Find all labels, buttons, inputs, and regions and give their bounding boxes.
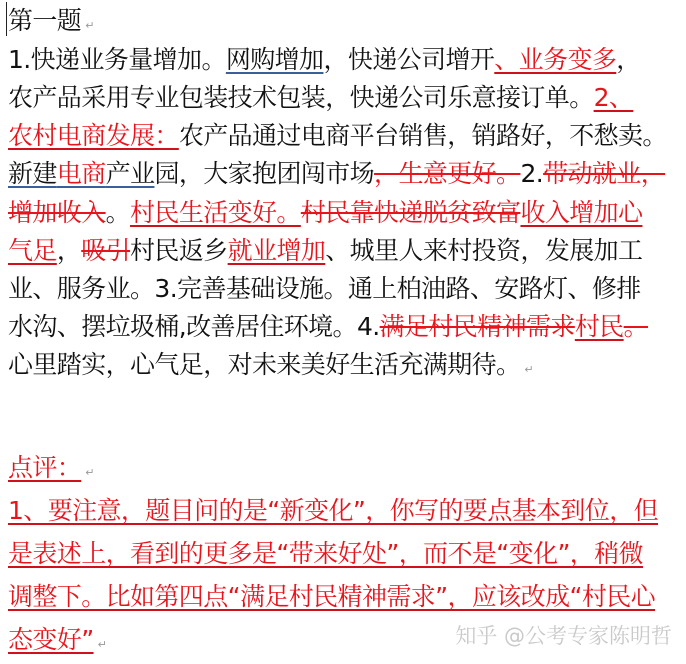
review-line: 态变好”↵ [8,625,106,660]
answer-segment: 吸引 [81,236,130,265]
question-title: 第一题↵ [8,6,94,41]
answer-line: 水沟、摆垃圾桶,改善居住环境。4.满足村民精神需求村民。 [8,312,648,342]
answer-line: 农产品采用专业包装技术包装，快递公司乐意接订单。2、 [8,83,633,113]
answer-segment: 新建 [8,159,57,188]
answer-segment: 村民靠快递脱贫致富 [301,198,521,227]
review-label: 点评：↵ [8,453,94,488]
paragraph-mark-icon: ↵ [524,363,533,376]
review-line-text: 1、要注意，题目问的是“新变化”，你写的要点基本到位，但 [8,496,658,525]
answer-line: 农村电商发展：农产品通过电商平台销售，销路好，不愁卖。 [8,121,667,151]
answer-segment: 村民生活变好。 [130,198,301,227]
answer-segment: 2、 [594,83,634,112]
answer-line: 增加收入。村民生活变好。村民靠快递脱贫致富收入增加心 [8,198,642,228]
answer-segment: ，生意更好。 [374,159,520,188]
title-text: 第一题 [8,6,81,35]
review-line: 是表述上，看到的更多是“带来好处”，而不是“变化”，稍微 [8,539,643,569]
answer-segment: 农产品采用专业包装技术包装，快递公司乐意接订单。 [8,83,594,112]
answer-segment: 气足 [8,236,57,265]
answer-segment: 水沟、摆垃圾桶,改善居住环境。4. [8,312,380,341]
answer-line: 气足，吸引村民返乡就业增加、城里人来村投资，发展加工 [8,236,642,266]
answer-segment: 就业增加 [228,236,326,265]
review-line: 调整下。比如第四点“满足村民精神需求”，应该改成“村民心 [8,582,655,612]
answer-segment: 。 [624,312,648,341]
answer-segment: 。 [106,198,130,227]
review-line-text: 是表述上，看到的更多是“带来好处”，而不是“变化”，稍微 [8,539,643,568]
answer-line: 新建电商产业园，大家抱团闯市场，生意更好。2.带动就业， [8,159,665,189]
review-line-text: 态变好” [8,625,94,654]
review-label-text: 点评： [8,453,81,482]
answer-segment: 带动就业， [543,159,665,188]
answer-segment: 业、服务业。3.完善基础设施。通上柏油路、安路灯、修排 [8,274,641,303]
watermark: 知乎 @公考专家陈明哲 [455,620,672,650]
answer-segment: ，快递公司增开 [323,45,494,74]
answer-line: 心里踏实，心气足，对未来美好生活充满期待。↵ [8,350,533,385]
answer-line: 业、服务业。3.完善基础设施。通上柏油路、安路灯、修排 [8,274,641,304]
review-line-text: 调整下。比如第四点“满足村民精神需求”，应该改成“村民心 [8,582,655,611]
answer-segment: 村民 [575,312,624,341]
answer-segment: 农村电商发展： [8,121,179,150]
answer-segment: 、城里人来村投资，发展加工 [325,236,642,265]
answer-segment: 电商 [57,159,106,188]
answer-segment: 满足村民精神需求 [380,312,575,341]
answer-segment: 2. [520,159,543,188]
answer-segment: 园，大家抱团闯市场 [154,159,374,188]
paragraph-mark-icon: ↵ [85,19,94,32]
answer-segment: 心里踏实，心气足，对未来美好生活充满期待。 [8,350,520,379]
answer-segment: ， [57,236,81,265]
answer-segment: 网购增加 [226,45,324,74]
paragraph-mark-icon: ↵ [98,638,107,651]
answer-segment: 增加收入 [8,198,106,227]
review-line: 1、要注意，题目问的是“新变化”，你写的要点基本到位，但 [8,496,658,526]
answer-segment: 农产品通过电商平台销售，销路好，不愁卖。 [179,121,667,150]
answer-segment: ， [616,45,640,74]
answer-segment: 收入增加心 [520,198,642,227]
paragraph-mark-icon: ↵ [85,466,94,479]
text-cursor [6,2,7,36]
answer-segment: 村民返乡 [130,236,228,265]
answer-segment: 1.快递业务量增加。 [8,45,226,74]
answer-line: 1.快递业务量增加。网购增加，快递公司增开、业务变多， [8,45,641,75]
answer-segment: 产业 [106,159,155,188]
answer-segment: 、业务变多 [494,45,616,74]
